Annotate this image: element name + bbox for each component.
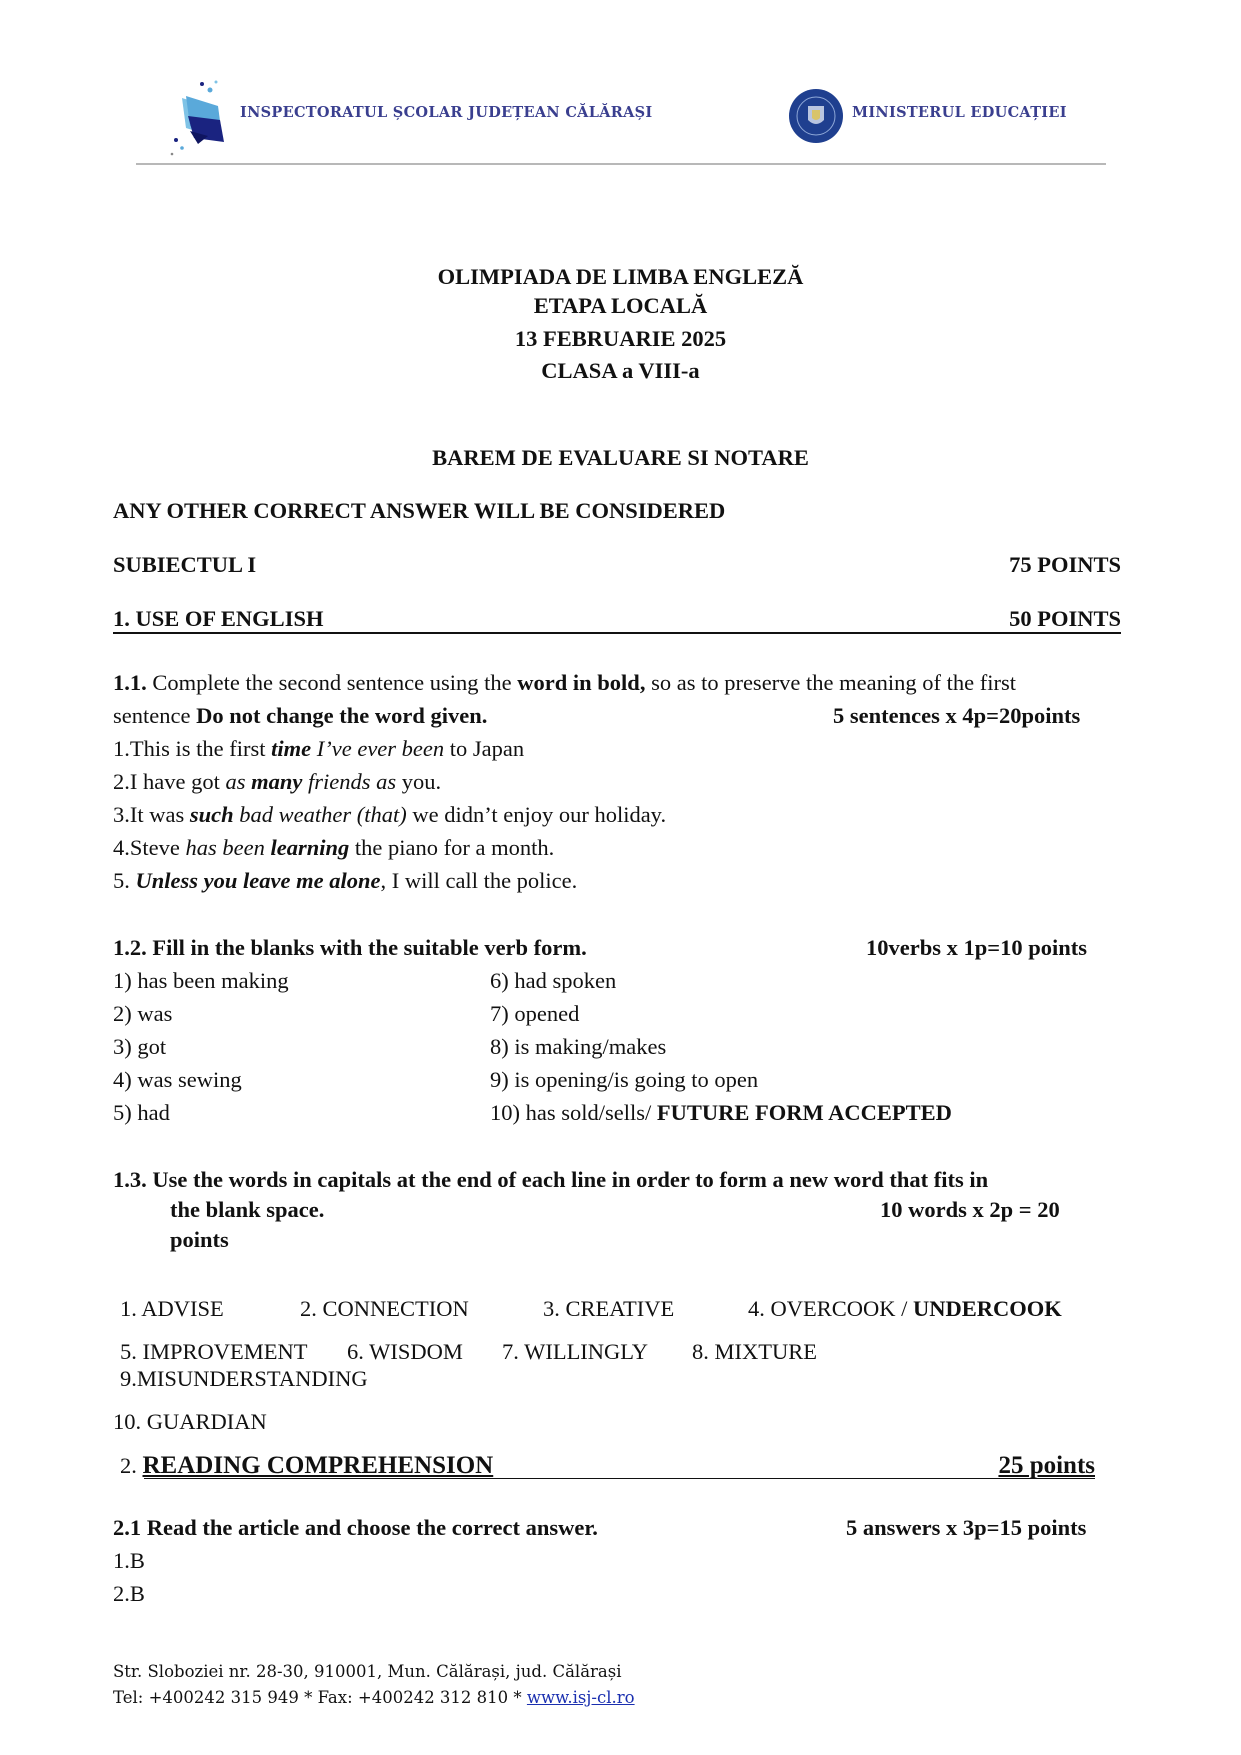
ex13-answer: 3. CREATIVE	[543, 1298, 674, 1321]
ex13-answer: 4. OVERCOOK / UNDERCOOK	[748, 1298, 1062, 1321]
ex12-answer: 4) was sewing	[113, 1069, 242, 1092]
ex13-scoring: 10 words x 2p = 20	[880, 1199, 1060, 1222]
ex11-instruction-line2: sentence Do not change the word given.	[113, 705, 487, 728]
answer-keyword: Unless you leave me alone	[136, 868, 381, 893]
answer-text: , I will call the police.	[380, 868, 577, 893]
ex11-text-d: sentence	[113, 703, 196, 728]
ex13-answer: 8. MIXTURE	[692, 1341, 817, 1364]
section-1-label: 1. USE OF ENGLISH	[113, 608, 323, 631]
doc-title-class: CLASA a VIII-a	[0, 358, 1241, 384]
answer-text: 10) has sold/sells/	[490, 1100, 657, 1125]
section-1-heading: 1. USE OF ENGLISH 50 POINTS	[113, 608, 1121, 631]
answer-text: 3.It was	[113, 802, 190, 827]
section-2-number: 2.	[120, 1453, 143, 1478]
ex13-title-line1: 1.3. Use the words in capitals at the en…	[113, 1169, 988, 1192]
ex12-scoring: 10verbs x 1p=10 points	[866, 937, 1087, 960]
answer-text: the piano for a month.	[349, 835, 554, 860]
answer-text: 4.Steve	[113, 835, 186, 860]
ex13-answer: 1. ADVISE	[120, 1298, 224, 1321]
header-divider	[136, 163, 1106, 165]
ex13-answer: 10. GUARDIAN	[113, 1411, 267, 1434]
ex12-answer: 3) got	[113, 1036, 166, 1059]
ex11-answer: 3.It was such bad weather (that) we didn…	[113, 804, 666, 827]
doc-title-date: 13 FEBRUARIE 2025	[0, 326, 1241, 352]
ex21-answer: 2.B	[113, 1583, 145, 1606]
notice: ANY OTHER CORRECT ANSWER WILL BE CONSIDE…	[113, 500, 725, 523]
answer-keyword: many	[251, 769, 302, 794]
footer-contact: Tel: +400242 315 949 * Fax: +400242 312 …	[113, 1688, 635, 1707]
answer-italic: bad weather (that)	[234, 802, 407, 827]
ex13-answer: 6. WISDOM	[347, 1341, 463, 1364]
ex21-title: 2.1 Read the article and choose the corr…	[113, 1517, 598, 1540]
section-2-rule	[144, 1478, 1095, 1479]
ex11-answer: 4.Steve has been learning the piano for …	[113, 837, 554, 860]
ex13-answer: 2. CONNECTION	[300, 1298, 469, 1321]
answer-italic: has been	[186, 835, 271, 860]
ex13-title-line3: points	[170, 1229, 229, 1252]
ex11-text-c: so as to preserve the meaning of the fir…	[645, 670, 1016, 695]
answer-text: we didn’t enjoy our holiday.	[407, 802, 666, 827]
section-1-points: 50 POINTS	[1009, 608, 1121, 631]
book-logo-icon	[168, 76, 236, 156]
doc-title-line1: OLIMPIADA DE LIMBA ENGLEZĂ	[0, 264, 1241, 290]
section-1-rule	[113, 632, 1121, 634]
ex12-answer: 9) is opening/is going to open	[490, 1069, 758, 1092]
ex11-number: 1.1.	[113, 670, 147, 695]
doc-subtitle: BAREM DE EVALUARE SI NOTARE	[0, 445, 1241, 471]
website-link[interactable]: www.isj-cl.ro	[527, 1688, 635, 1707]
ex21-scoring: 5 answers x 3p=15 points	[846, 1517, 1086, 1540]
inspectorate-name: INSPECTORATUL ȘCOLAR JUDEȚEAN CĂLĂRAȘI	[240, 104, 653, 121]
answer-text: 5.	[113, 868, 136, 893]
answer-italic: friends as	[302, 769, 396, 794]
ex12-title: 1.2. Fill in the blanks with the suitabl…	[113, 937, 587, 960]
ministry-name: MINISTERUL EDUCAȚIEI	[852, 104, 1067, 121]
section-2-heading: 2. READING COMPREHENSION 25 points	[120, 1452, 1095, 1480]
doc-title-line2: ETAPA LOCALĂ	[0, 293, 1241, 319]
section-2-label: READING COMPREHENSION	[143, 1452, 494, 1479]
answer-italic: as	[225, 769, 251, 794]
ex12-answer: 6) had spoken	[490, 970, 616, 993]
ex11-answer: 1.This is the first time I’ve ever been …	[113, 738, 524, 761]
ex12-answer: 2) was	[113, 1003, 172, 1026]
ex13-answer: 7. WILLINGLY	[502, 1341, 648, 1364]
government-seal-icon	[788, 88, 844, 144]
ex11-text-a: Complete the second sentence using the	[147, 670, 518, 695]
answer-text: 1.This is the first	[113, 736, 271, 761]
page-header: INSPECTORATUL ȘCOLAR JUDEȚEAN CĂLĂRAȘI M…	[0, 0, 1241, 170]
answer-text: to Japan	[444, 736, 524, 761]
answer-text: you.	[396, 769, 441, 794]
footer-address: Str. Sloboziei nr. 28-30, 910001, Mun. C…	[113, 1662, 622, 1681]
subject-1-points: 75 POINTS	[1009, 554, 1121, 577]
ex12-answer: 10) has sold/sells/ FUTURE FORM ACCEPTED	[490, 1102, 952, 1125]
subject-1-heading: SUBIECTUL I 75 POINTS	[113, 554, 1121, 577]
ex13-answer: 5. IMPROVEMENT	[120, 1341, 308, 1364]
ex11-scoring: 5 sentences x 4p=20points	[833, 705, 1080, 728]
ex11-text-e: Do not change the word given.	[196, 703, 487, 728]
ex12-answer: 8) is making/makes	[490, 1036, 666, 1059]
section-2-points: 25 points	[998, 1452, 1095, 1480]
ex11-answer: 5. Unless you leave me alone, I will cal…	[113, 870, 577, 893]
ex11-answer: 2.I have got as many friends as you.	[113, 771, 441, 794]
answer-note: FUTURE FORM ACCEPTED	[657, 1100, 952, 1125]
ex21-answer: 1.B	[113, 1550, 145, 1573]
ex12-answer: 1) has been making	[113, 970, 289, 993]
ex11-instruction-line1: 1.1. Complete the second sentence using …	[113, 672, 1016, 695]
answer-italic: I’ve ever been	[311, 736, 444, 761]
answer-keyword: learning	[270, 835, 349, 860]
answer-alt: UNDERCOOK	[913, 1296, 1062, 1321]
ex11-text-b: word in bold,	[517, 670, 645, 695]
ex13-title-line2: the blank space.	[170, 1199, 324, 1222]
answer-keyword: time	[271, 736, 311, 761]
answer-text: 2.I have got	[113, 769, 225, 794]
answer-text: 4. OVERCOOK /	[748, 1296, 913, 1321]
answer-keyword: such	[190, 802, 234, 827]
subject-1-label: SUBIECTUL I	[113, 554, 256, 577]
ex12-answer: 7) opened	[490, 1003, 579, 1026]
ex12-answer: 5) had	[113, 1102, 170, 1125]
ex13-answer: 9.MISUNDERSTANDING	[120, 1368, 368, 1391]
footer-phone-fax: Tel: +400242 315 949 * Fax: +400242 312 …	[113, 1688, 527, 1707]
